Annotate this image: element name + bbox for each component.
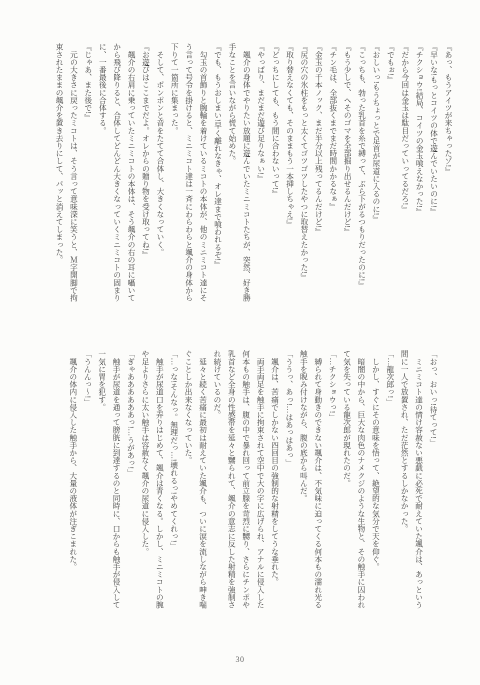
paragraph: 触手が尿道口を弄りはじめて、颯介は青くなる。しかし、ミニミコトの腕や足よりさらに…: [137, 350, 166, 611]
paragraph: 『尻の穴の氷柱をもっと太くてゴツゴツしたやつに取替えたかった!』: [297, 43, 311, 303]
paragraph: 「ぎゃああああああっ!…うがあっ!」: [123, 350, 137, 611]
paragraph: 颯介の身体でやりたい放題に遊んでいたミニミコトたちが、突然、好き勝手なことを言い…: [225, 43, 254, 303]
paragraph: 颯介は、苦痛でしかない四回目の強制的な射精をしてうな垂れた。: [267, 350, 281, 611]
paragraph: 縛られて身動きのできない颯介は、不気味に迫ってくる何本もの濡れ光る触手を睨み付け…: [296, 350, 325, 611]
text-tier-lower: 「おっ、おいっ!待てって!」 ミニミコト達の情け容赦ない悪戯に必死で耐えていた颯…: [65, 350, 440, 611]
paragraph: 「…龍次郎っ!」: [382, 350, 396, 611]
paragraph: しかし、すぐにその意味を悟って、絶望的な気分で天を仰ぐ。: [368, 350, 382, 611]
paragraph: 「…っな!そんなっ。無理だっ…!壊れるっ!やめてくれっ!」: [166, 350, 180, 611]
paragraph: 元の大きさに戻ったミコトは、そう言って意味深に笑うと、Ｍ字開脚で拘束されたままの…: [52, 43, 81, 303]
paragraph: ミニミコト達の情け容赦ない悪戯に必死で耐えていた颯介は、あっという間に一人で放置…: [397, 350, 426, 611]
paragraph: 『おしいっ!もうちょっとで足首が尿道に入るのに!』: [369, 43, 383, 303]
paragraph: 『チクショウ!結局、コイツの金玉喰えなかった!』: [412, 43, 426, 303]
paragraph: 暗闇の中から、巨大な肉色のナメクジのような生物と、その触手に囚われて気を失ってい…: [339, 350, 368, 611]
paragraph: 『やっぱり、まだまだ遊び足りなぁい!』: [253, 43, 267, 303]
paragraph: 『どっちにしても、もう間に合わないって!』: [268, 43, 282, 303]
paragraph: 「ううっ、あっ!…はあっはあっ」: [282, 350, 296, 611]
paragraph: 『お遊びはここまでだよ。オレからの贈り物を受け取ってね!』: [138, 43, 152, 303]
paragraph: 『チン毛は、全部抜くまでまだ時間かかるなぁ』: [325, 43, 339, 303]
paragraph: 『あっ、もうアイツが来ちゃったゾ!』: [441, 43, 455, 303]
paragraph: 『金玉の千本ノック、まだ半分以上残ってるんだけど!』: [311, 43, 325, 303]
paragraph: 「おっ、おいっ!待てって!」: [426, 350, 440, 611]
paragraph: 颯介の体内に侵入した触手から、大量の液体が注ぎこまれた。: [65, 350, 79, 611]
paragraph: 両手両足を触手に拘束されて空中で大の字に広げられ、アナルに侵入した何本もの触手は…: [210, 350, 268, 611]
paragraph: 「…チクショウっ!」: [325, 350, 339, 611]
novel-page: 『あっ、もうアイツが来ちゃったゾ!』『早いな!もっとコイツの体で遊んでいたいのに…: [0, 0, 480, 685]
paragraph: 延々と続く苦痛に最初は耐えていた颯介も、ついに涙を流しながら呻き喘ぐことしか出来…: [181, 350, 210, 611]
paragraph: 『でも、もうおしまい!早く離れなきゃ、オレ達まで喰われるぞ!』: [210, 43, 224, 303]
text-tier-upper: 『あっ、もうアイツが来ちゃったゾ!』『早いな!もっとコイツの体で遊んでいたいのに…: [52, 43, 455, 303]
paragraph: 勾玉の首飾りと腕輪を着けているミコトの本体が、他のミニミコト達にそう言って号令を…: [167, 43, 210, 303]
paragraph: 『もう少しで、へそのゴマを全部掘り出せるんだけど!』: [340, 43, 354, 303]
paragraph: 颯介の右肩に乗っていたミニミコトの本体は、そう颯介の右の耳に囁いてから飛び降りる…: [95, 43, 138, 303]
paragraph: 触手が尿道を通って膀胱に到達するのと同時に、口からも触手が侵入して一気に胃を犯す…: [94, 350, 123, 611]
page-number: 30: [0, 655, 480, 664]
paragraph: 『取り替えなくても、そのままもう一本挿しちゃえ!』: [282, 43, 296, 303]
paragraph: 『だから今回は金玉は駄目だっていってるだろ!』: [397, 43, 411, 303]
paragraph: 『こっちも、勃った乳首を糸で縛って、ぶら下がるつもりだったのに!』: [354, 43, 368, 303]
paragraph: 『早いな!もっとコイツの体で遊んでいたいのに!』: [426, 43, 440, 303]
paragraph: 「うんんっ〜!」: [80, 350, 94, 611]
paragraph: 『じゃあ、また後で!』: [80, 43, 94, 303]
paragraph: 『でもぉ!』: [383, 43, 397, 303]
paragraph: そして、ポンポンと音をたてて合体し、大きくなっていく。: [152, 43, 166, 303]
